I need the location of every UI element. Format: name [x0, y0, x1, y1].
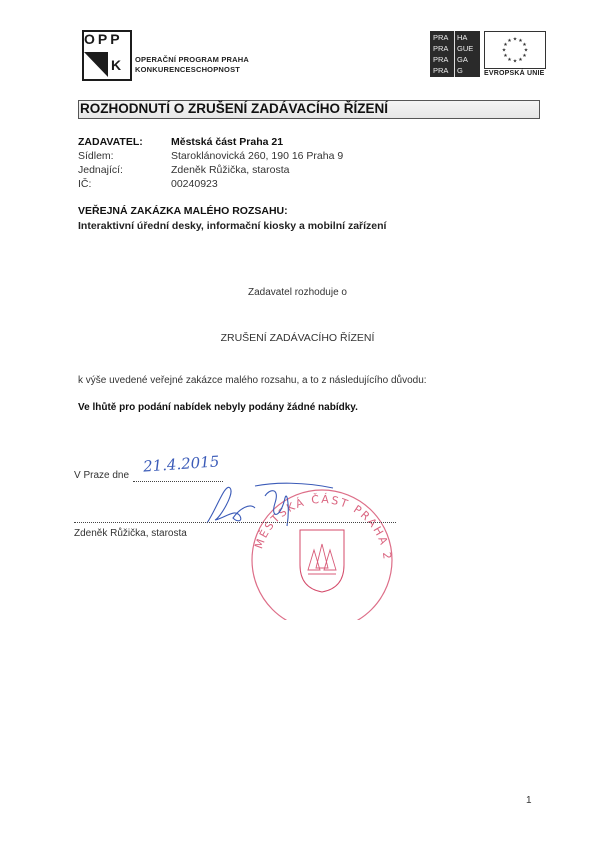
oppk-program-subtitle: KONKURENCESCHOPNOST — [135, 65, 240, 74]
praha-text: GA — [457, 54, 473, 65]
seat-label: Sídlem: — [78, 150, 114, 162]
svg-text:★: ★ — [507, 57, 512, 63]
eu-stars-icon: ★★★★★★★★★★★★ — [485, 32, 545, 68]
signature-line — [74, 522, 396, 523]
praha-text: PRA — [433, 54, 448, 65]
signatory-name: Zdeněk Růžička, starosta — [74, 528, 187, 539]
praha-text: GUE — [457, 43, 473, 54]
svg-text:★: ★ — [502, 48, 507, 54]
oppk-program-name: OPERAČNÍ PROGRAM PRAHA — [135, 55, 249, 64]
decision-text: ZRUŠENÍ ZADÁVACÍHO ŘÍZENÍ — [0, 332, 595, 344]
representative-label: Jednající: — [78, 164, 123, 176]
svg-text:★: ★ — [513, 37, 518, 43]
handwritten-signature-icon — [195, 478, 335, 538]
contract-label: VEŘEJNÁ ZAKÁZKA MALÉHO ROZSAHU: — [78, 205, 288, 217]
svg-text:★: ★ — [518, 57, 523, 63]
svg-text:★: ★ — [503, 53, 508, 59]
authority-name: Městská část Praha 21 — [171, 136, 283, 148]
oppk-logo-text: OPP — [84, 31, 123, 47]
praha-logo-col2: HA GUE GA G — [457, 32, 473, 76]
praha-logo-col1: PRA PRA PRA PRA — [433, 32, 448, 76]
praha-text: G — [457, 65, 473, 76]
praha-text: PRA — [433, 43, 448, 54]
praha-text: PRA — [433, 65, 448, 76]
seat-value: Staroklánovická 260, 190 16 Praha 9 — [171, 150, 343, 162]
praha-text: PRA — [433, 32, 448, 43]
document-title: ROZHODNUTÍ O ZRUŠENÍ ZADÁVACÍHO ŘÍZENÍ — [80, 101, 388, 116]
place-date-label: V Praze dne — [74, 470, 129, 481]
praha-logo-divider — [454, 31, 455, 77]
page-number: 1 — [526, 795, 532, 806]
reason-intro: k výše uvedené veřejné zakázce malého ro… — [78, 375, 427, 386]
oppk-logo-k: K — [111, 57, 121, 73]
contract-name: Interaktivní úřední desky, informační ki… — [78, 220, 386, 232]
handwritten-date: 21.4.2015 — [142, 452, 219, 475]
authority-label: ZADAVATEL: — [78, 136, 143, 148]
praha-text: HA — [457, 32, 473, 43]
ico-value: 00240923 — [171, 178, 218, 190]
praha-logo: PRA PRA PRA PRA HA GUE GA G — [430, 31, 480, 77]
svg-text:★: ★ — [513, 59, 518, 65]
svg-text:★: ★ — [522, 53, 527, 59]
eu-label: EVROPSKÁ UNIE — [484, 70, 545, 77]
decides-text: Zadavatel rozhoduje o — [0, 287, 595, 298]
ico-label: IČ: — [78, 178, 91, 190]
representative-value: Zdeněk Růžička, starosta — [171, 164, 289, 176]
eu-flag-icon: ★★★★★★★★★★★★ — [484, 31, 546, 69]
svg-text:★: ★ — [507, 38, 512, 44]
reason-text: Ve lhůtě pro podání nabídek nebyly podán… — [78, 402, 358, 413]
